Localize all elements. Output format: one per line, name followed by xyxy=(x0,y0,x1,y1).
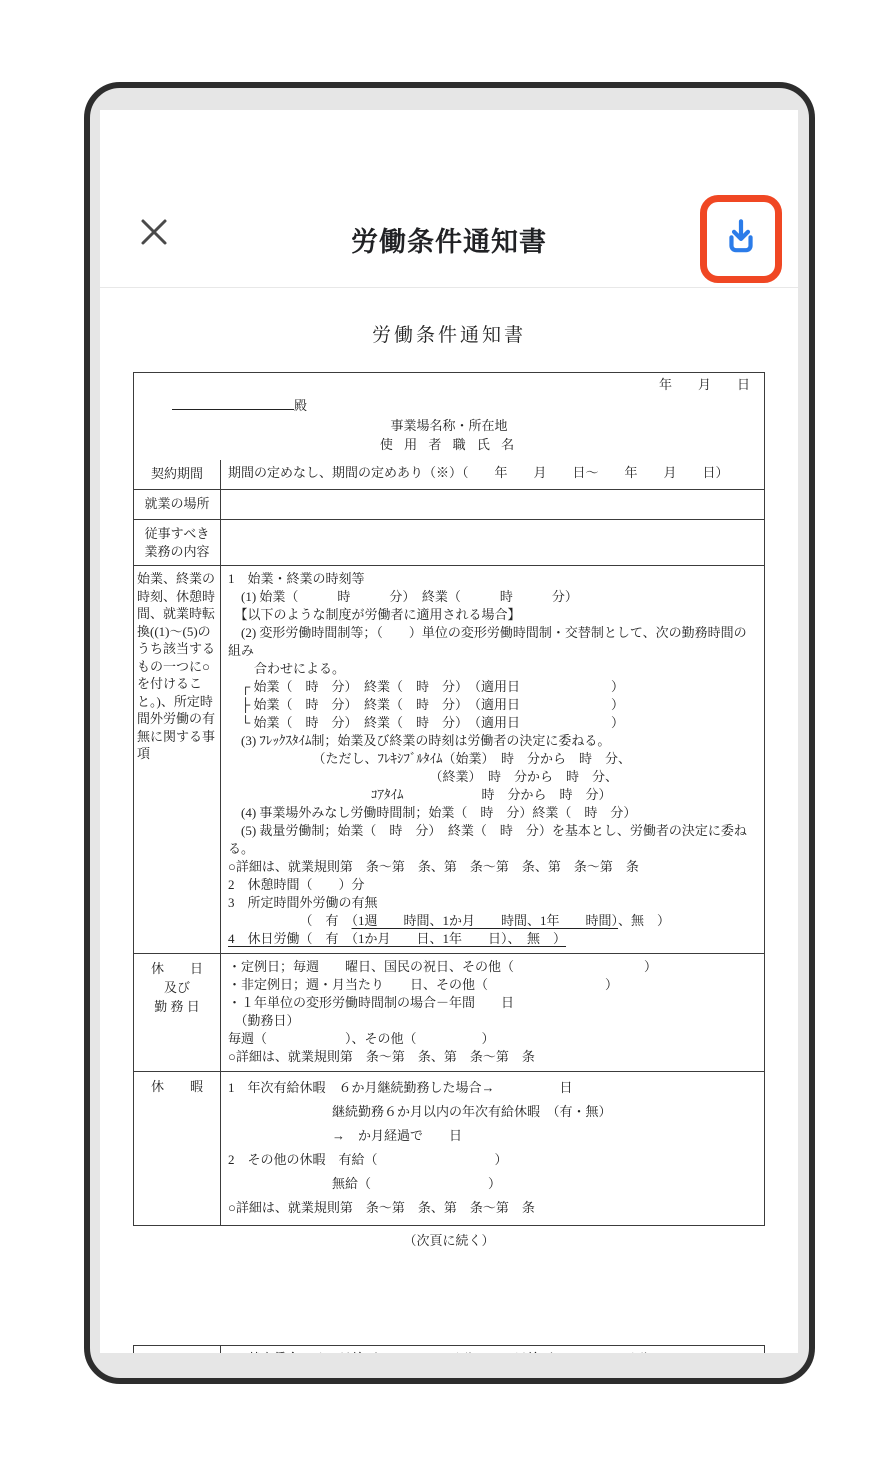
table2-rows: 賃 金1 基本賃金 イ 月給（ 円）、ロ 日給（ 円） ハ 時間給（ 円）、 ニ… xyxy=(134,1346,764,1353)
table-header-cell: 年 月 日 殿 事業場名称・所在地 使 用 者 職 氏 名 xyxy=(134,373,764,460)
date-line: 年 月 日 xyxy=(142,375,756,395)
download-icon xyxy=(719,215,763,264)
row-content-holidays: ・定例日；毎週 曜日、国民の祝日、その他（ ）・非定例日；週・月当たり 日、その… xyxy=(221,954,764,1071)
addressee-blank-underline xyxy=(172,395,294,410)
row-content-contract-period: 期間の定めなし、期間の定めあり（※）（ 年 月 日～ 年 月 日） xyxy=(221,460,764,489)
row-content-vacation: 1 年次有給休暇 ６か月継続勤務した場合→ 日 継続勤務６か月以内の年次有給休暇… xyxy=(221,1072,764,1225)
employer-title-line: 使 用 者 職 氏 名 xyxy=(142,435,756,454)
row-label-duties: 従事すべき業務の内容 xyxy=(134,520,221,565)
employer-name-line: 事業場名称・所在地 xyxy=(142,416,756,435)
addressee-line: 殿 xyxy=(142,395,756,416)
table-row-contract-period: 契約期間期間の定めなし、期間の定めあり（※）（ 年 月 日～ 年 月 日） xyxy=(134,460,764,489)
document-title: 労働条件通知書 xyxy=(100,320,798,347)
phone-frame: 労働条件通知書 労働条件通知書 年 月 xyxy=(84,82,815,1384)
row-label-contract-period: 契約期間 xyxy=(134,460,221,489)
row-content-work-hours: 1 始業・終業の時刻等 (1) 始業（ 時 分） 終業（ 時 分） 【以下のよう… xyxy=(221,566,764,953)
row-label-holidays: 休 日及び勤 務 日 xyxy=(134,954,221,1071)
table-row-duties: 従事すべき業務の内容 xyxy=(134,519,764,565)
page-title: 労働条件通知書 xyxy=(100,220,798,259)
app-header-bar: 労働条件通知書 xyxy=(100,110,798,288)
table-row-workplace: 就業の場所 xyxy=(134,489,764,519)
table1-rows: 契約期間期間の定めなし、期間の定めあり（※）（ 年 月 日～ 年 月 日）就業の… xyxy=(134,460,764,1225)
notice-table-page2: 賃 金1 基本賃金 イ 月給（ 円）、ロ 日給（ 円） ハ 時間給（ 円）、 ニ… xyxy=(133,1345,765,1353)
row-label-workplace: 就業の場所 xyxy=(134,490,221,519)
continuation-note: （次頁に続く） xyxy=(100,1230,798,1249)
table-row-holidays: 休 日及び勤 務 日・定例日；毎週 曜日、国民の祝日、その他（ ）・非定例日；週… xyxy=(134,953,764,1071)
row-content-duties xyxy=(221,520,764,565)
download-button[interactable] xyxy=(718,216,764,262)
table-row-vacation: 休 暇1 年次有給休暇 ６か月継続勤務した場合→ 日 継続勤務６か月以内の年次有… xyxy=(134,1071,764,1225)
row-label-vacation: 休 暇 xyxy=(134,1072,221,1225)
app-screen: 労働条件通知書 労働条件通知書 年 月 xyxy=(100,110,798,1353)
document-preview: 労働条件通知書 年 月 日 殿 事業場名称・所在地 使 用 者 職 氏 名 契約… xyxy=(100,320,798,1353)
row-label-wages: 賃 金 xyxy=(134,1346,221,1353)
page: { "colors": { "accent_orange": "#F04723"… xyxy=(0,0,896,1466)
notice-table-page1: 年 月 日 殿 事業場名称・所在地 使 用 者 職 氏 名 契約期間期間の定めな… xyxy=(133,372,765,1226)
row-content-workplace xyxy=(221,490,764,519)
row-content-wages: 1 基本賃金 イ 月給（ 円）、ロ 日給（ 円） ハ 時間給（ 円）、 ニ 出来… xyxy=(221,1346,764,1353)
table-row-wages: 賃 金1 基本賃金 イ 月給（ 円）、ロ 日給（ 円） ハ 時間給（ 円）、 ニ… xyxy=(134,1346,764,1353)
table-row-work-hours: 始業、終業の時刻、休憩時間、就業時転換((1)～(5)のうち該当するもの一つに○… xyxy=(134,565,764,953)
download-highlight-annotation xyxy=(700,195,782,283)
row-label-work-hours: 始業、終業の時刻、休憩時間、就業時転換((1)～(5)のうち該当するもの一つに○… xyxy=(134,566,221,953)
header-divider xyxy=(100,287,798,288)
